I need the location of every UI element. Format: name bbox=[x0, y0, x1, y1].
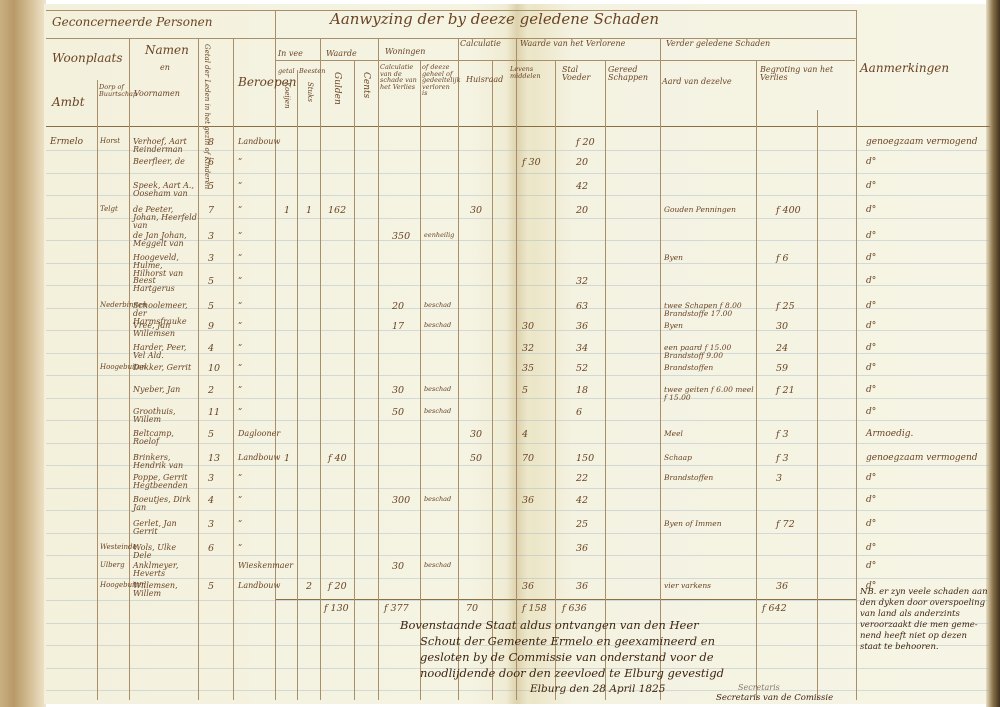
col-naam-right bbox=[198, 38, 199, 700]
row-beroep: ” bbox=[238, 344, 242, 352]
row-naam: de Peeter, Johan, Heerfeld van bbox=[133, 206, 197, 230]
header-ambt: Ambt bbox=[52, 96, 85, 108]
col-woning-calc-right bbox=[420, 60, 421, 700]
row-woning-calc: 30 bbox=[392, 562, 404, 572]
row-woning-calc: 17 bbox=[392, 322, 404, 332]
row-begroting: 36 bbox=[776, 582, 788, 592]
closing-note-line-3: gesloten by de Commissie van onderstand … bbox=[420, 652, 714, 664]
row-aanmerking: d° bbox=[866, 206, 876, 215]
row-gulden: f 40 bbox=[328, 454, 347, 464]
row-dorp: Nederbinnen bbox=[100, 302, 128, 309]
row-huisraad: 30 bbox=[470, 206, 482, 216]
row-levensmiddelen: 5 bbox=[522, 386, 528, 396]
row-aard: een paard f 15.00 Brandstoff 9.00 bbox=[664, 344, 754, 359]
header-stal-voeder: Stal Voeder bbox=[562, 66, 602, 82]
header-in-vee: In vee bbox=[278, 50, 303, 58]
total-woningen: f 377 bbox=[384, 604, 409, 614]
row-getal: 7 bbox=[208, 206, 214, 216]
row-aanmerking: d° bbox=[866, 182, 876, 191]
row-beroep: ” bbox=[238, 232, 242, 240]
col-getal-right bbox=[233, 38, 234, 700]
row-huisraad: 50 bbox=[470, 454, 482, 464]
row-aanmerking: d° bbox=[866, 496, 876, 505]
row-aanmerking: d° bbox=[866, 386, 876, 395]
row-naam: Beltcamp, Roelof bbox=[133, 430, 197, 446]
header-cents: Cents bbox=[361, 72, 370, 98]
header-gereedschappen: Gereed Schappen bbox=[608, 66, 658, 82]
row-stal-voeder: 42 bbox=[576, 182, 588, 192]
row-levensmiddelen: 36 bbox=[522, 496, 534, 506]
row-begroting: 24 bbox=[776, 344, 788, 354]
row-woning-calc: 20 bbox=[392, 302, 404, 312]
row-stal-voeder: f 20 bbox=[576, 138, 595, 148]
row-levensmiddelen: 32 bbox=[522, 344, 534, 354]
header-vee-getal: getal bbox=[278, 68, 295, 75]
row-stal-voeder: 63 bbox=[576, 302, 588, 312]
row-beroep: ” bbox=[238, 520, 242, 528]
ruled-line bbox=[46, 578, 990, 579]
row-aard: Byen of Immen bbox=[664, 520, 754, 528]
row-naam: Harder, Peer, Vel Ald. bbox=[133, 344, 197, 360]
col-beroep-right bbox=[275, 10, 276, 700]
header-dorp-buurtschap: Dorp of Buurtschap bbox=[99, 84, 127, 97]
total-gulden: f 130 bbox=[324, 604, 349, 614]
row-getal: 4 bbox=[208, 496, 214, 506]
closing-note-line-2: Schout der Gemeente Ermelo en geexaminee… bbox=[420, 636, 715, 648]
col-gereed-right bbox=[660, 38, 661, 700]
row-woning-calc: 300 bbox=[392, 496, 410, 506]
row-aard: twee Schapen f 8.00 Brandstoffe 17.00 bbox=[664, 302, 754, 317]
footnote-line-2: den dyken door overspoeling bbox=[860, 599, 985, 608]
row-aanmerking: d° bbox=[866, 254, 876, 263]
total-huisraad: 70 bbox=[466, 604, 478, 614]
row-getal: 9 bbox=[208, 322, 214, 332]
row-naam: Brinkers, Hendrik van bbox=[133, 454, 197, 470]
header-calculatie: Calculatie bbox=[460, 40, 501, 48]
col-aard-right bbox=[756, 60, 757, 700]
row-aard: Brandstoffen bbox=[664, 364, 754, 372]
header-woonplaats: Woonplaats bbox=[52, 52, 123, 64]
row-aard: Brandstoffen bbox=[664, 474, 754, 482]
header-woningen-ofdeze: of deeze geheel of gedeeltelijk verloren… bbox=[422, 64, 457, 97]
book-binding-left bbox=[0, 0, 46, 707]
row-beroep: ” bbox=[238, 302, 242, 310]
row-aanmerking: d° bbox=[866, 364, 876, 373]
col-begroting-right bbox=[817, 110, 818, 700]
row-aard: Gouden Penningen bbox=[664, 206, 754, 214]
row-beroep: ” bbox=[238, 544, 242, 552]
row-beroep: Daglooner bbox=[238, 430, 280, 438]
rule-header-bottom bbox=[46, 126, 990, 127]
header-woningen: Woningen bbox=[385, 48, 425, 56]
row-aard: Byen bbox=[664, 254, 754, 262]
row-naam: Poppe, Gerrit Hegtbeenden bbox=[133, 474, 197, 490]
row-woning-aard: beschad bbox=[424, 322, 451, 329]
row-dorp: Hoogebuiten bbox=[100, 582, 128, 589]
row-getal: 3 bbox=[208, 474, 214, 484]
row-woning-calc: 350 bbox=[392, 232, 410, 242]
col-levens-right bbox=[555, 60, 556, 700]
ruled-line bbox=[46, 600, 990, 601]
header-aanwyzing-schaden: Aanwyzing der by deeze geledene Schaden bbox=[330, 12, 659, 27]
row-naam: Anklmeyer, Heverts bbox=[133, 562, 197, 578]
footnote-line-1: NB. er zyn veele schaden aan bbox=[860, 588, 988, 597]
row-aanmerking: d° bbox=[866, 520, 876, 529]
header-aanmerkingen: Aanmerkingen bbox=[860, 62, 949, 74]
row-getal: 5 bbox=[208, 277, 214, 287]
header-namen: Namen bbox=[145, 44, 189, 56]
row-getal: 8 bbox=[208, 138, 214, 148]
col-ambt-right bbox=[97, 80, 98, 700]
row-begroting: f 21 bbox=[776, 386, 795, 396]
col-gulden-right bbox=[354, 60, 355, 700]
row-getal: 10 bbox=[208, 364, 220, 374]
row-aard: Schaap bbox=[664, 454, 754, 462]
row-getal: 4 bbox=[208, 344, 214, 354]
row-beroep: ” bbox=[238, 322, 242, 330]
row-beroep: Landbouw bbox=[238, 138, 280, 146]
row-beroep: ” bbox=[238, 277, 242, 285]
col-aanmerkingen-left bbox=[856, 10, 857, 700]
row-ambt: Ermelo bbox=[50, 138, 83, 147]
row-aanmerking: d° bbox=[866, 158, 876, 167]
row-gulden: 162 bbox=[328, 206, 346, 216]
footnote-line-3: van land als anderzints bbox=[860, 610, 960, 619]
col-waarde-right bbox=[378, 38, 379, 700]
row-aanmerking: d° bbox=[866, 544, 876, 553]
row-naam: Beerfleer, de bbox=[133, 158, 197, 166]
col-vee-right bbox=[320, 38, 321, 700]
col-huisraad-right bbox=[492, 60, 493, 700]
row-stal-voeder: 36 bbox=[576, 582, 588, 592]
row-stal-voeder: 150 bbox=[576, 454, 594, 464]
row-naam: Speek, Aart A., Ooseham van bbox=[133, 182, 197, 198]
row-aanmerking: d° bbox=[866, 344, 876, 353]
row-stal-voeder: 52 bbox=[576, 364, 588, 374]
row-huisraad: 30 bbox=[470, 430, 482, 440]
row-woning-calc: 30 bbox=[392, 386, 404, 396]
row-getal: 5 bbox=[208, 302, 214, 312]
row-begroting: 59 bbox=[776, 364, 788, 374]
row-levensmiddelen: 36 bbox=[522, 582, 534, 592]
header-en: en bbox=[160, 64, 170, 72]
ruled-line bbox=[46, 690, 990, 691]
row-dorp: Telgt bbox=[100, 206, 128, 213]
row-getal: 5 bbox=[208, 182, 214, 192]
row-beroep: ” bbox=[238, 182, 242, 190]
row-getal: 6 bbox=[208, 544, 214, 554]
row-beroep: ” bbox=[238, 254, 242, 262]
row-aard: vier varkens bbox=[664, 582, 754, 590]
row-beroep: Wieskenmaer bbox=[238, 562, 293, 570]
row-stal-voeder: 18 bbox=[576, 386, 588, 396]
row-beroep: ” bbox=[238, 474, 242, 482]
row-beroep: Landbouw bbox=[238, 582, 280, 590]
row-dorp: Westeinde bbox=[100, 544, 128, 551]
row-aard: Byen bbox=[664, 322, 754, 330]
row-getal: 2 bbox=[208, 386, 214, 396]
row-dorp: Horst bbox=[100, 138, 128, 145]
row-naam: Boeutjes, Dirk Jan bbox=[133, 496, 197, 512]
row-beroep: Landbouw bbox=[238, 454, 280, 462]
row-stal-voeder: 42 bbox=[576, 496, 588, 506]
row-woning-aard: beschad bbox=[424, 562, 451, 569]
row-gulden: f 20 bbox=[328, 582, 347, 592]
col-calc-right bbox=[516, 38, 517, 700]
row-naam: Gerlet, Jan Gerrit bbox=[133, 520, 197, 536]
header-aard-van-dezelve: Aard van dezelve bbox=[662, 78, 732, 86]
row-stal-voeder: 22 bbox=[576, 474, 588, 484]
row-getal: 5 bbox=[208, 430, 214, 440]
header-verder-schaden: Verder geledene Schaden bbox=[666, 40, 770, 48]
header-vee-beesten: Beesten bbox=[299, 68, 325, 75]
row-stal-voeder: 34 bbox=[576, 344, 588, 354]
row-naam: Willemsen, Willem bbox=[133, 582, 197, 598]
header-geconcerneerde-personen: Geconcerneerde Personen bbox=[52, 16, 213, 28]
row-begroting: f 72 bbox=[776, 520, 795, 530]
row-naam: Wols, Ulke Dele bbox=[133, 544, 197, 560]
row-getal: 13 bbox=[208, 454, 220, 464]
col-vee-1 bbox=[297, 70, 298, 700]
header-waarde-verlorene: Waarde van het Verlorene bbox=[520, 40, 625, 48]
footnote-line-4: veroorzaakt die men geme- bbox=[860, 621, 978, 630]
header-begroting-verlies: Begroting van het Verlies bbox=[760, 66, 854, 82]
row-begroting: f 3 bbox=[776, 430, 789, 440]
row-vee-stuks: 1 bbox=[306, 206, 312, 216]
row-stal-voeder: 32 bbox=[576, 277, 588, 287]
row-naam: Groothuis, Willem bbox=[133, 408, 197, 424]
row-naam: Beest Hartgerus bbox=[133, 277, 197, 293]
row-aanmerking: d° bbox=[866, 322, 876, 331]
header-voornamen: Voornamen bbox=[134, 90, 180, 98]
row-woning-aard: beschad bbox=[424, 496, 451, 503]
header-waarde: Waarde bbox=[326, 50, 357, 58]
header-getal-kinderen: Getal der Leden in het gezin of Kinderen bbox=[203, 44, 210, 122]
row-aard: twee geiten f 6.00 meel f 15.00 bbox=[664, 386, 754, 401]
row-beroep: ” bbox=[238, 206, 242, 214]
row-stal-voeder: 20 bbox=[576, 206, 588, 216]
row-getal: 6 bbox=[208, 158, 214, 168]
closing-date: Elburg den 28 April 1825 bbox=[530, 684, 665, 695]
row-beroep: ” bbox=[238, 408, 242, 416]
row-naam: Verhoef, Aart Reinderman bbox=[133, 138, 197, 154]
row-naam: Hoogeveld, Hulme, Hilhorst van bbox=[133, 254, 197, 278]
row-woning-calc: 50 bbox=[392, 408, 404, 418]
row-stal-voeder: 20 bbox=[576, 158, 588, 168]
row-aanmerking: d° bbox=[866, 302, 876, 311]
row-begroting: f 25 bbox=[776, 302, 795, 312]
row-aanmerking: Armoedig. bbox=[866, 430, 913, 439]
row-begroting: f 6 bbox=[776, 254, 789, 264]
row-aanmerking: d° bbox=[866, 277, 876, 286]
row-aard: Meel bbox=[664, 430, 754, 438]
row-woning-aard: eenheilig bbox=[424, 232, 454, 239]
row-naam: Nyeber, Jan bbox=[133, 386, 197, 394]
col-stal-right bbox=[605, 60, 606, 700]
ruled-line bbox=[46, 375, 990, 376]
ruled-line bbox=[46, 398, 990, 399]
header-vee-stuks: Stuks bbox=[306, 82, 313, 102]
row-vee-getal: 1 bbox=[284, 206, 290, 216]
closing-note-line-4: noodlijdende door den zeevloed te Elburg… bbox=[420, 668, 724, 680]
row-getal: 11 bbox=[208, 408, 220, 418]
header-huisraad: Huisraad bbox=[466, 76, 503, 84]
signature-title: Secretaris van de Comissie bbox=[716, 694, 833, 703]
row-aanmerking: d° bbox=[866, 408, 876, 417]
row-woning-aard: beschad bbox=[424, 386, 451, 393]
row-vee-getal: 1 bbox=[284, 454, 290, 464]
row-levensmiddelen: 35 bbox=[522, 364, 534, 374]
row-stal-voeder: 25 bbox=[576, 520, 588, 530]
row-getal: 3 bbox=[208, 254, 214, 264]
row-begroting: f 3 bbox=[776, 454, 789, 464]
header-gulden: Gulden bbox=[332, 72, 341, 105]
ruled-line bbox=[46, 173, 990, 174]
total-stal-voeder: f 636 bbox=[562, 604, 587, 614]
header-woningen-calculatie: Calculatie van de schade van het Verlies bbox=[380, 64, 418, 90]
row-woning-aard: beschad bbox=[424, 408, 451, 415]
row-woning-aard: beschad bbox=[424, 302, 451, 309]
row-beroep: ” bbox=[238, 158, 242, 166]
total-levensmiddelen: f 158 bbox=[522, 604, 547, 614]
row-begroting: f 400 bbox=[776, 206, 801, 216]
row-vee-stuks: 2 bbox=[306, 582, 312, 592]
row-naam: Vree, Jan Willemsen bbox=[133, 322, 197, 338]
row-beroep: ” bbox=[238, 496, 242, 504]
row-aanmerking: d° bbox=[866, 232, 876, 241]
row-aanmerking: d° bbox=[866, 474, 876, 483]
row-beroep: ” bbox=[238, 364, 242, 372]
row-aanmerking: genoegzaam vermogend bbox=[866, 454, 978, 463]
rule-header-2 bbox=[275, 60, 855, 61]
row-levensmiddelen: 4 bbox=[522, 430, 528, 440]
row-aanmerking: d° bbox=[866, 562, 876, 571]
row-naam: de Jan Johan, Meggelt van bbox=[133, 232, 197, 248]
row-aanmerking: genoegzaam vermogend bbox=[866, 138, 978, 147]
row-stal-voeder: 36 bbox=[576, 544, 588, 554]
signature-initials: Secretaris bbox=[738, 684, 780, 692]
row-getal: 5 bbox=[208, 582, 214, 592]
total-begroting: f 642 bbox=[762, 604, 787, 614]
col-woningen-right bbox=[458, 38, 459, 700]
row-begroting: 30 bbox=[776, 322, 788, 332]
row-stal-voeder: 6 bbox=[576, 408, 582, 418]
row-levensmiddelen: f 30 bbox=[522, 158, 541, 168]
header-vee-koeijen: Koeijen bbox=[283, 82, 290, 108]
row-levensmiddelen: 70 bbox=[522, 454, 534, 464]
row-dorp: Ulberg bbox=[100, 562, 128, 569]
row-getal: 3 bbox=[208, 232, 214, 242]
row-stal-voeder: 36 bbox=[576, 322, 588, 332]
row-levensmiddelen: 30 bbox=[522, 322, 534, 332]
row-getal: 3 bbox=[208, 520, 214, 530]
closing-note-line-1: Bovenstaande Staat aldus ontvangen van d… bbox=[400, 620, 699, 632]
row-beroep: ” bbox=[238, 386, 242, 394]
row-dorp: Hoogebuiten bbox=[100, 364, 128, 371]
row-begroting: 3 bbox=[776, 474, 782, 484]
header-levensmiddelen: Levens middelen bbox=[510, 66, 554, 79]
row-naam: Dekker, Gerrit bbox=[133, 364, 197, 372]
footnote-line-6: staat te behooren. bbox=[860, 643, 939, 652]
footnote-line-5: nend heeft niet op dezen bbox=[860, 632, 967, 641]
